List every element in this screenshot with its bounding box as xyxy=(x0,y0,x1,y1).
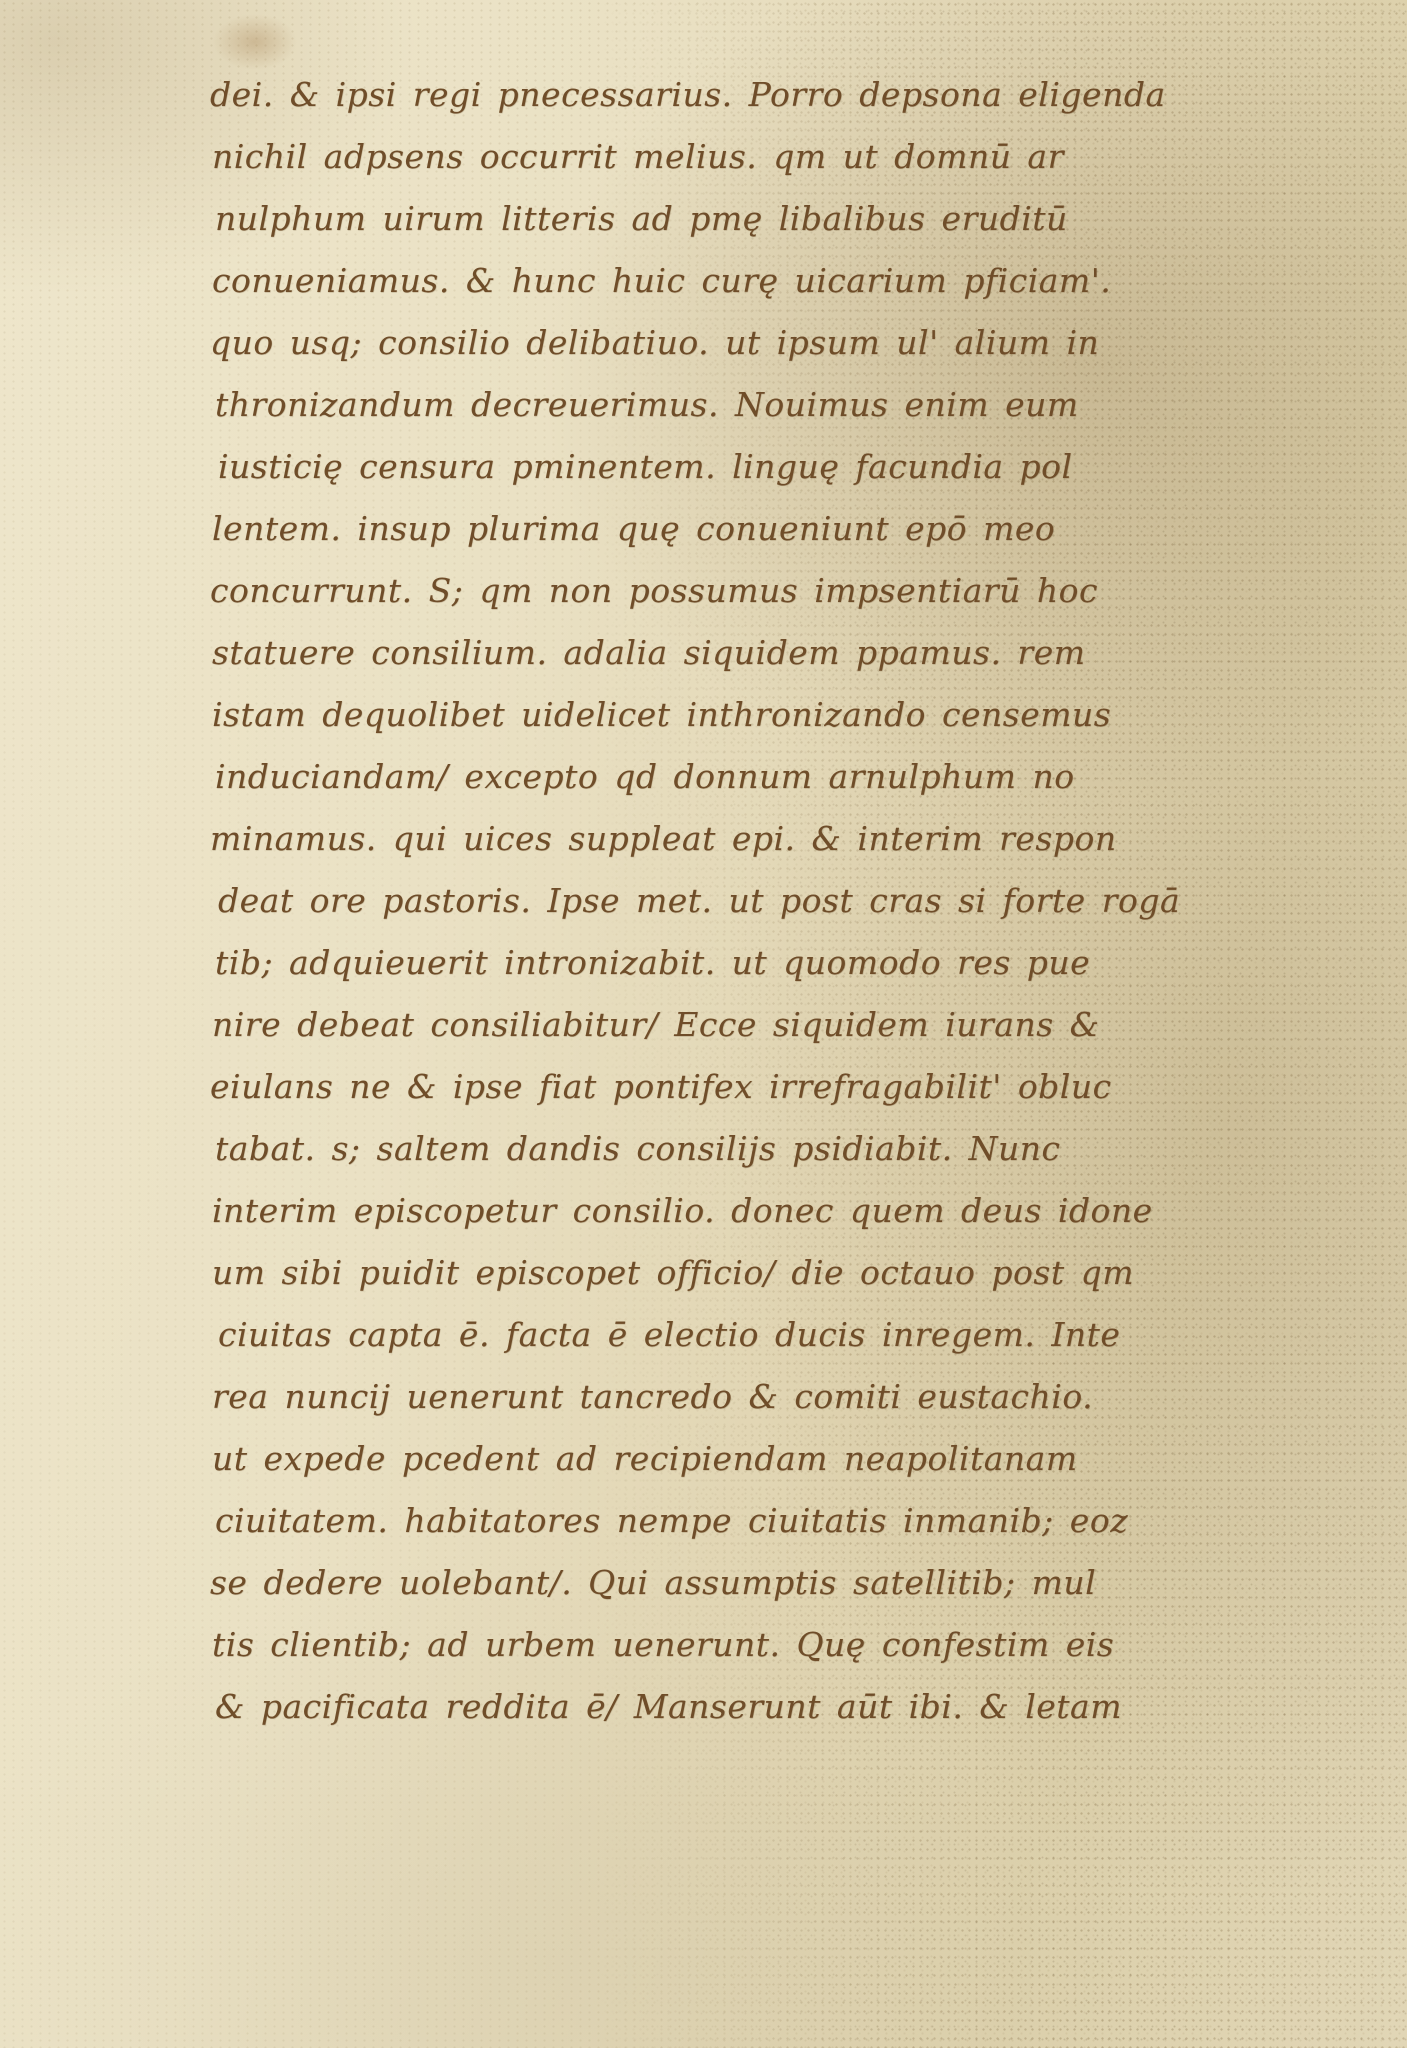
manuscript-line: lentem. insup plurima quę conueniunt epō… xyxy=(212,498,1092,560)
manuscript-line: concurrunt. S; qm non possumus impsentia… xyxy=(210,560,1092,622)
manuscript-line: minamus. qui uices suppleat epi. & inter… xyxy=(210,808,1092,870)
manuscript-line: ciuitas capta ē. facta ē electio ducis i… xyxy=(218,1304,1092,1366)
manuscript-line: um sibi puidit episcopet officio/ die oc… xyxy=(212,1242,1092,1304)
manuscript-line: ciuitatem. habitatores nempe ciuitatis i… xyxy=(215,1490,1092,1552)
manuscript-line: deat ore pastoris. Ipse met. ut post cra… xyxy=(218,870,1092,932)
manuscript-line: nire debeat consiliabitur/ Ecce siquidem… xyxy=(212,994,1092,1056)
manuscript-line: eiulans ne & ipse fiat pontifex irrefrag… xyxy=(210,1056,1092,1118)
manuscript-line: dei. & ipsi regi pnecessarius. Porro dep… xyxy=(210,64,1092,126)
manuscript-text-block: dei. & ipsi regi pnecessarius. Porro dep… xyxy=(212,64,1092,1738)
manuscript-line: statuere consilium. adalia siquidem ppam… xyxy=(212,622,1092,684)
manuscript-line: istam dequolibet uidelicet inthronizando… xyxy=(212,684,1092,746)
manuscript-line: thronizandum decreuerimus. Nouimus enim … xyxy=(215,374,1092,436)
manuscript-line: ut expede pcedent ad recipiendam neapoli… xyxy=(212,1428,1092,1490)
manuscript-line: tabat. s; saltem dandis consilijs psidia… xyxy=(215,1118,1092,1180)
manuscript-line: se dedere uolebant/. Qui assumptis satel… xyxy=(210,1552,1092,1614)
manuscript-line: conueniamus. & hunc huic curę uicarium p… xyxy=(212,250,1092,312)
manuscript-line: quo usq; consilio delibatiuo. ut ipsum u… xyxy=(210,312,1092,374)
manuscript-line: induciandam/ excepto qd donnum arnulphum… xyxy=(215,746,1092,808)
manuscript-page: dei. & ipsi regi pnecessarius. Porro dep… xyxy=(0,0,1407,2048)
manuscript-line: rea nuncij uenerunt tancredo & comiti eu… xyxy=(212,1366,1092,1428)
manuscript-line: & pacificata reddita ē/ Manserunt aūt ib… xyxy=(215,1676,1092,1738)
manuscript-line: tib; adquieuerit intronizabit. ut quomod… xyxy=(215,932,1092,994)
manuscript-line: tis clientib; ad urbem uenerunt. Quę con… xyxy=(212,1614,1092,1676)
manuscript-line: interim episcopetur consilio. donec quem… xyxy=(212,1180,1092,1242)
manuscript-line: nichil adpsens occurrit melius. qm ut do… xyxy=(212,126,1092,188)
manuscript-line: nulphum uirum litteris ad pmę libalibus … xyxy=(215,188,1092,250)
manuscript-line: iusticię censura pminentem. linguę facun… xyxy=(218,436,1092,498)
